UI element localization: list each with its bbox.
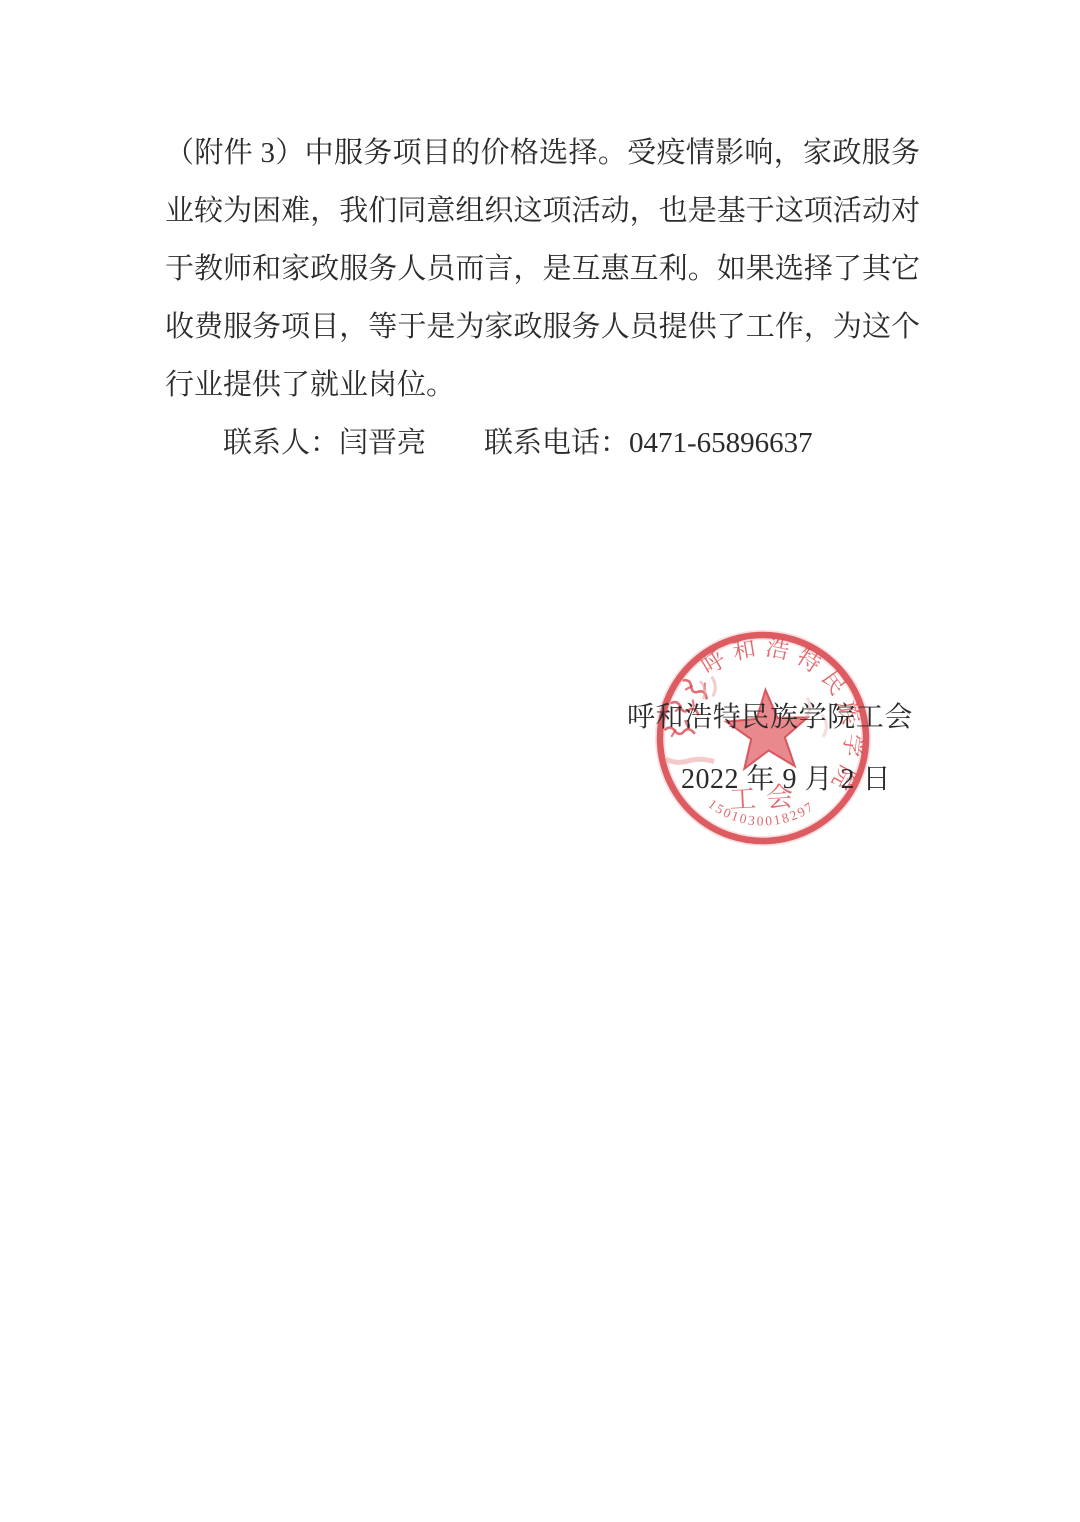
body-line: 收费服务项目，等于是为家政服务人员提供了工作，为这个 <box>165 298 920 356</box>
signature-date: 2022 年 9 月 2 日 <box>681 762 891 798</box>
body-line: 于教师和家政服务人员而言，是互惠互利。如果选择了其它 <box>165 240 920 298</box>
body-line: 业较为困难，我们同意组织这项活动，也是基于这项活动对 <box>165 182 920 240</box>
signature-org: 呼和浩特民族学院工会 <box>627 700 913 736</box>
seal-inner-mark <box>700 676 716 699</box>
official-seal: 呼和浩特民族学院 工会 1501030018297 <box>603 578 923 898</box>
body-paragraph: （附件 3）中服务项目的价格选择。受疫情影响，家政服务 业较为困难，我们同意组织… <box>165 124 920 472</box>
document-page: （附件 3）中服务项目的价格选择。受疫情影响，家政服务 业较为困难，我们同意组织… <box>0 0 1080 1522</box>
body-line: 行业提供了就业岗位。 <box>165 356 920 414</box>
body-line: （附件 3）中服务项目的价格选择。受疫情影响，家政服务 <box>165 124 920 182</box>
contact-line: 联系人：闫晋亮 联系电话：0471-65896637 <box>165 414 920 472</box>
